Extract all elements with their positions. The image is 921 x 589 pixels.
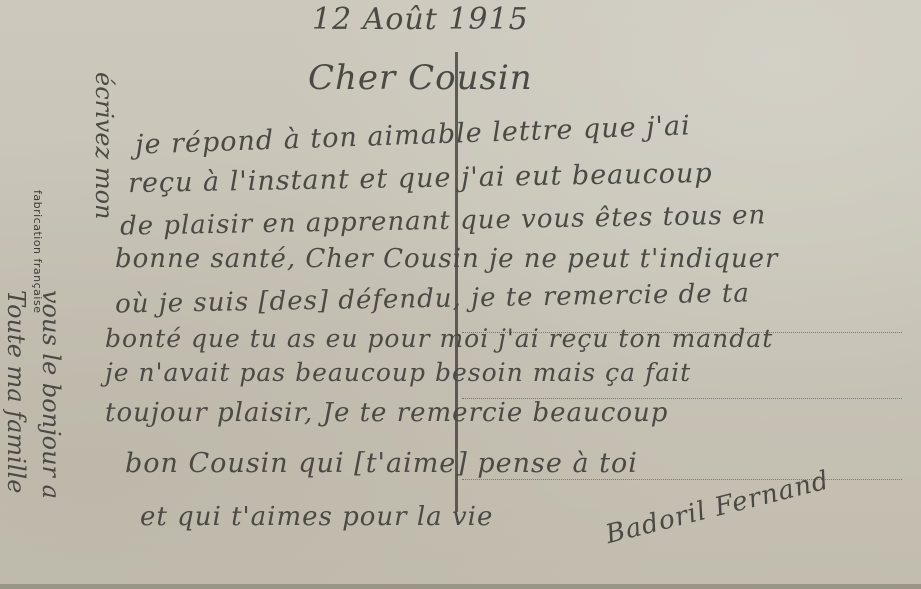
body-line-3: de plaisir en apprenant que vous êtes to… [120, 200, 767, 241]
salutation: Cher Cousin [308, 58, 533, 98]
body-line-7: je n'avait pas beaucoup besoin mais ça f… [105, 358, 691, 387]
date: 12 Août 1915 [312, 2, 529, 37]
address-line-3 [462, 479, 902, 480]
body-line-4: bonne santé, Cher Cousin je ne peut t'in… [115, 244, 779, 274]
body-line-5: où je suis [des] défendu, je te remercie… [115, 278, 750, 319]
body-line-1: je répond à ton aimable lettre que j'ai [135, 110, 692, 160]
body-line-2: reçu à l'instant et que j'ai eut beaucou… [128, 158, 713, 199]
body-line-8: toujour plaisir, Je te remercie beaucoup [105, 398, 668, 428]
body-line-10: et qui t'aimes pour la vie [140, 502, 493, 532]
body-line-9: bon Cousin qui [t'aime] pense à toi [125, 448, 638, 479]
postcard: 12 Août 1915 Cher Cousin je répond à ton… [0, 0, 921, 589]
card-bottom-edge [0, 584, 921, 589]
margin-line-3: écrivez mon [90, 72, 118, 220]
margin-line-1: Toute ma famille [2, 290, 30, 493]
body-line-6: bonté que tu as eu pour moi j'ai reçu to… [105, 324, 773, 353]
margin-line-2: vous le bonjour a [37, 290, 65, 499]
